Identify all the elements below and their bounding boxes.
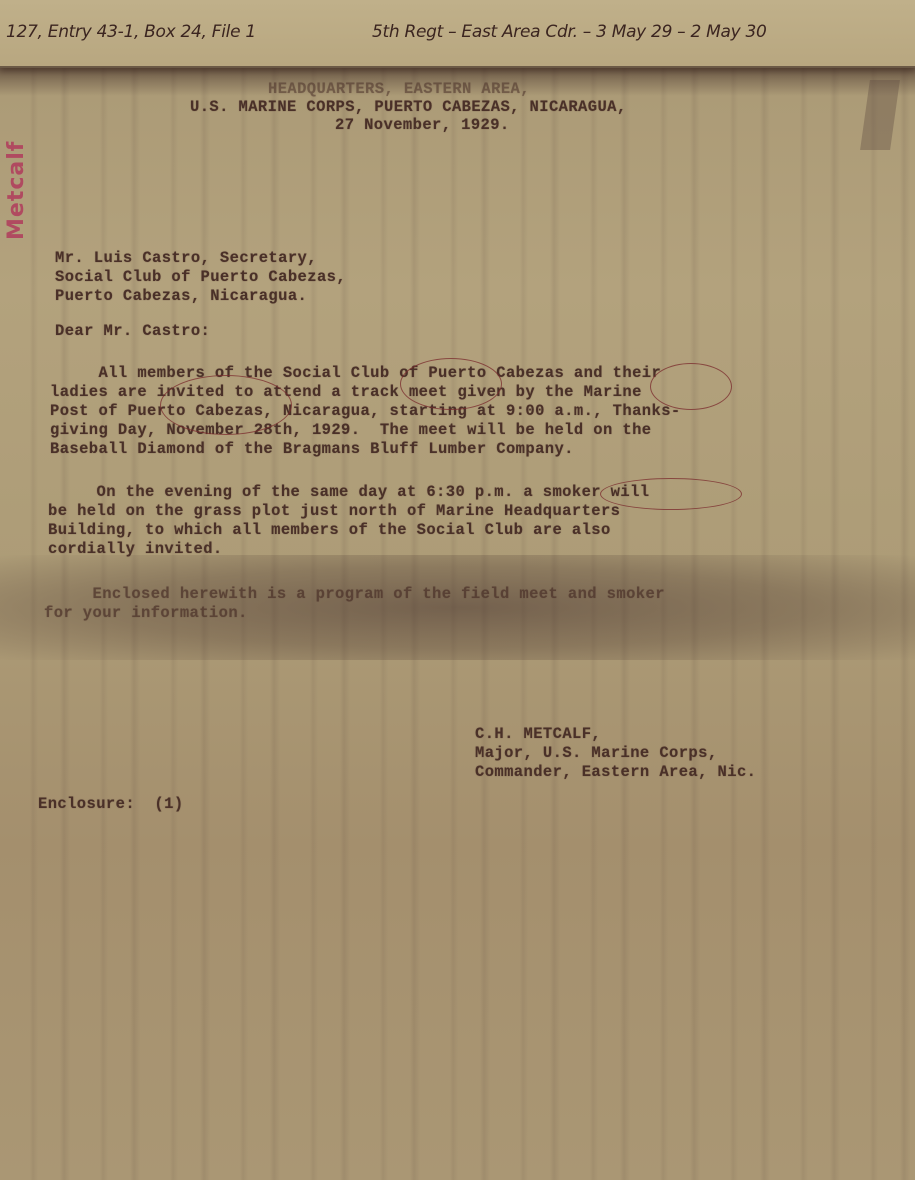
- paragraph-2-line: On the evening of the same day at 6:30 p…: [48, 483, 650, 502]
- paragraph-1-line: Baseball Diamond of the Bragmans Bluff L…: [50, 440, 574, 459]
- archive-label-left: 127, Entry 43-1, Box 24, File 1: [6, 22, 256, 42]
- ink-circle: [160, 375, 292, 435]
- enclosure-note: Enclosure: (1): [38, 795, 184, 814]
- signature-rank: Major, U.S. Marine Corps,: [475, 744, 718, 763]
- addressee-line3: Puerto Cabezas, Nicaragua.: [55, 287, 307, 306]
- letterhead-line2: U.S. MARINE CORPS, PUERTO CABEZAS, NICAR…: [190, 98, 627, 117]
- signature-title: Commander, Eastern Area, Nic.: [475, 763, 756, 782]
- addressee-line1: Mr. Luis Castro, Secretary,: [55, 249, 317, 268]
- addressee-line2: Social Club of Puerto Cabezas,: [55, 268, 346, 287]
- ink-circle: [400, 358, 502, 410]
- paragraph-2-line: cordially invited.: [48, 540, 223, 559]
- paragraph-1-line: Post of Puerto Cabezas, Nicaragua, start…: [50, 402, 681, 421]
- archive-label-strip: 127, Entry 43-1, Box 24, File 1 5th Regt…: [0, 0, 915, 68]
- paragraph-1-line: All members of the Social Club of Puerto…: [50, 364, 661, 383]
- paragraph-1-line: ladies are invited to attend a track mee…: [50, 383, 642, 402]
- letter-date: 27 November, 1929.: [335, 116, 510, 135]
- archive-label-right: 5th Regt – East Area Cdr. – 3 May 29 – 2…: [372, 22, 767, 42]
- margin-annotation: Metcalf: [4, 141, 29, 240]
- paragraph-3-line: Enclosed herewith is a program of the fi…: [44, 585, 665, 604]
- letterhead-line1: HEADQUARTERS, EASTERN AREA,: [268, 80, 530, 99]
- paragraph-1-line: giving Day, November 28th, 1929. The mee…: [50, 421, 652, 440]
- paragraph-3-line: for your information.: [44, 604, 248, 623]
- paragraph-2-line: Building, to which all members of the So…: [48, 521, 611, 540]
- paragraph-2-line: be held on the grass plot just north of …: [48, 502, 620, 521]
- signature-name: C.H. METCALF,: [475, 725, 601, 744]
- salutation: Dear Mr. Castro:: [55, 322, 210, 341]
- ink-circle: [650, 363, 732, 410]
